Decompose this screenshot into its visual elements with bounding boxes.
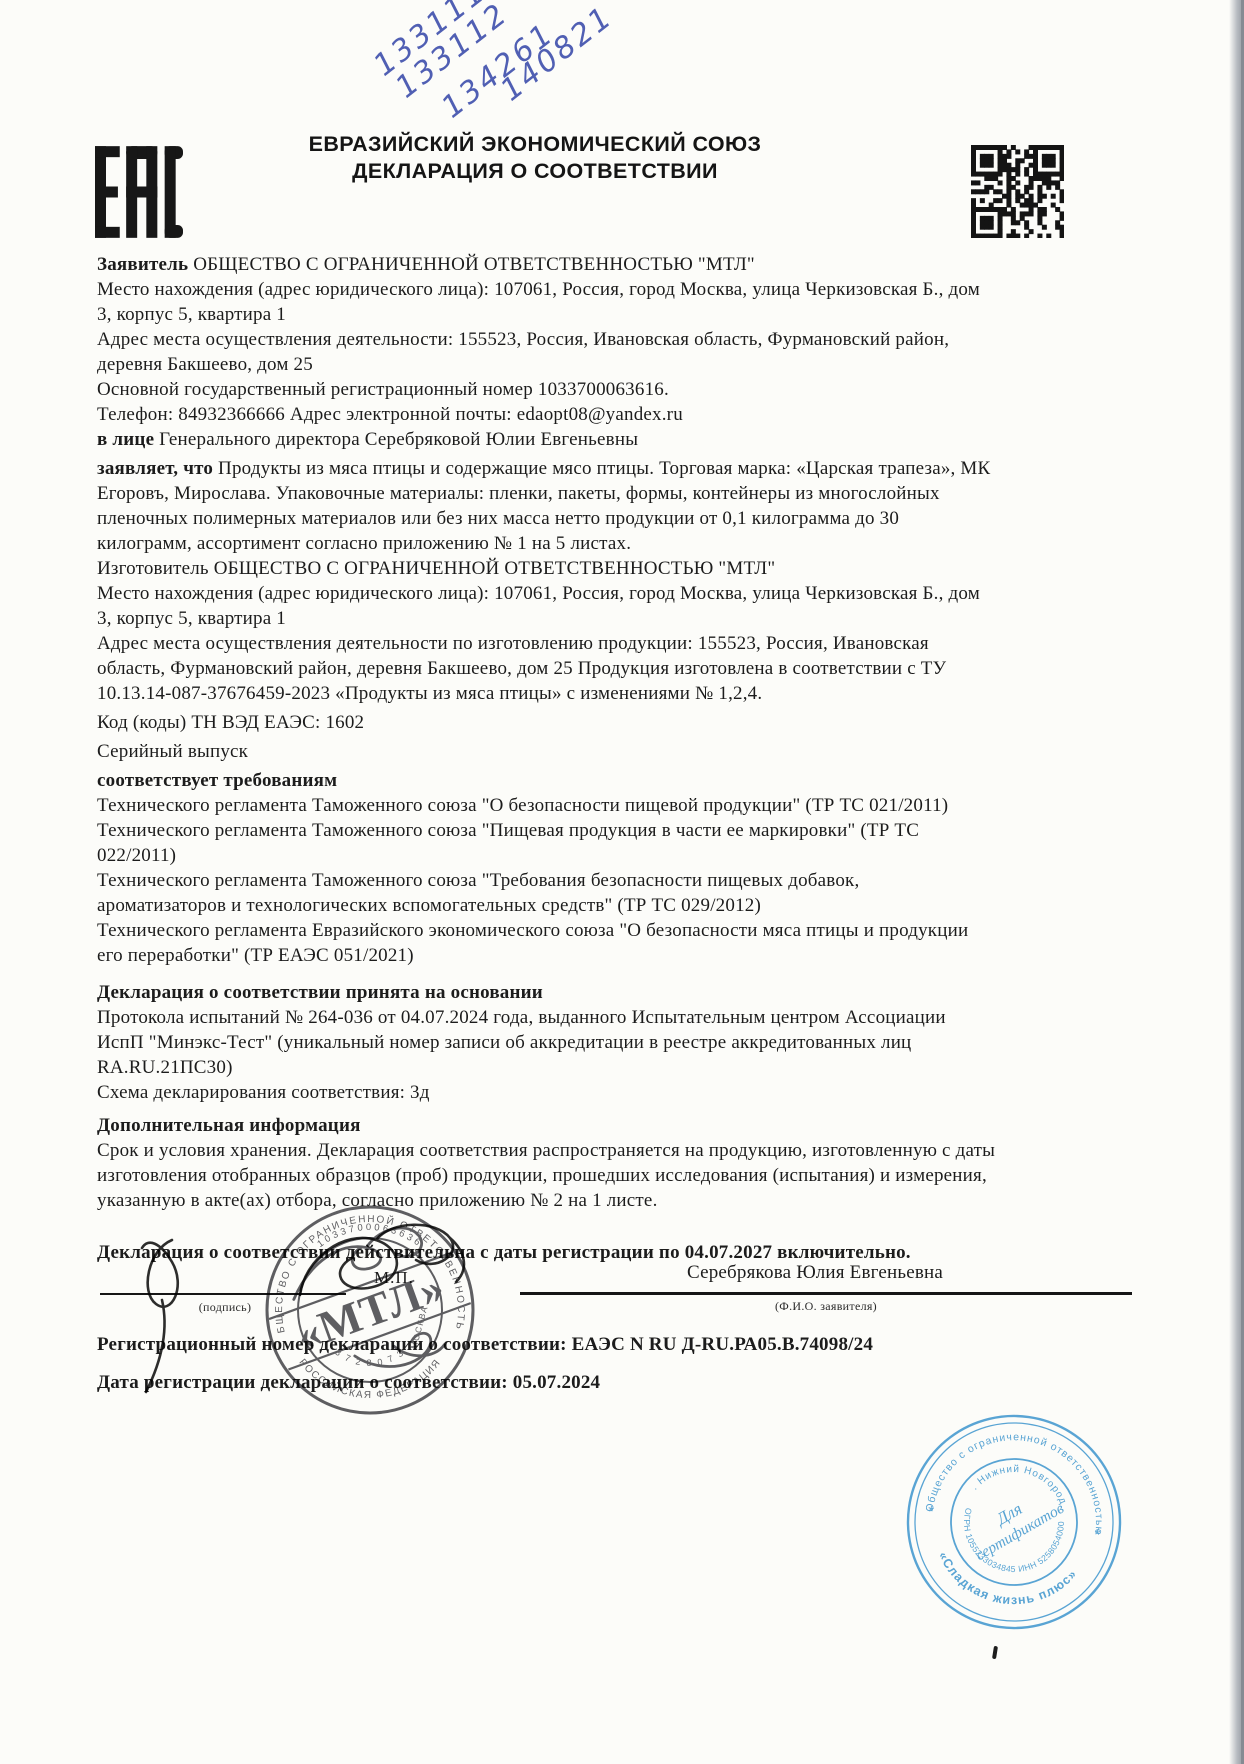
- body-line: деревня Бакшеево, дом 25: [97, 352, 1217, 377]
- body-line: Серийный выпуск: [97, 739, 1217, 764]
- applicant-name: Серебрякова Юлия Евгеньевна: [500, 1262, 1130, 1284]
- body-line: 10.13.14-087-37676459-2023 «Продукты из …: [97, 681, 1217, 706]
- body-line: Схема декларирования соответствия: 3д: [97, 1080, 1217, 1105]
- body-line: Технического регламента Таможенного союз…: [97, 818, 1217, 843]
- eac-logo-icon: [95, 146, 183, 238]
- body-line: заявляет, что Продукты из мяса птицы и с…: [97, 456, 1217, 481]
- body-line: область, Фурмановский район, деревня Бак…: [97, 656, 1217, 681]
- body-line: 3, корпус 5, квартира 1: [97, 606, 1217, 631]
- body-line: его переработки" (ТР ЕАЭС 051/2021): [97, 943, 1217, 968]
- fio-caption: (Ф.И.О. заявителя): [520, 1299, 1132, 1314]
- mtl-stamp: ОБЩЕСТВО С ОГРАНИЧЕННОЙ ОТВЕТСТВЕННОСТЬЮ…: [258, 1198, 482, 1422]
- qr-code: [971, 145, 1064, 238]
- svg-text:«Сладкая жизнь плюс»: «Сладкая жизнь плюс»: [930, 1548, 1081, 1617]
- blue-stamp: Общество с ограниченной ответственностью…: [902, 1410, 1126, 1634]
- body-line: в лице Генерального директора Серебряков…: [97, 427, 1217, 452]
- body-line: соответствует требованиям: [97, 768, 1217, 793]
- body-line: Код (коды) ТН ВЭД ЕАЭС: 1602: [97, 710, 1217, 735]
- body-line: пленочных полимерных материалов или без …: [97, 506, 1217, 531]
- title-line-declaration: ДЕКЛАРАЦИЯ О СООТВЕТСТВИИ: [260, 158, 810, 185]
- body-line: Технического регламента Таможенного союз…: [97, 793, 1217, 818]
- body-line: Егоровъ, Мирослава. Упаковочные материал…: [97, 481, 1217, 506]
- document-title: ЕВРАЗИЙСКИЙ ЭКОНОМИЧЕСКИЙ СОЮЗ ДЕКЛАРАЦИ…: [260, 131, 810, 185]
- body-line: 022/2011): [97, 843, 1217, 868]
- body-line: RA.RU.21ПС30): [97, 1055, 1217, 1080]
- body-line: килограмм, ассортимент согласно приложен…: [97, 531, 1217, 556]
- ink-mark: [992, 1646, 998, 1659]
- body-line: Основной государственный регистрационный…: [97, 377, 1217, 402]
- body-line: Технического регламента Таможенного союз…: [97, 868, 1217, 893]
- mtl-stamp-center-text: «МТЛ»: [290, 1261, 452, 1361]
- body-line: ароматизаторов и технологических вспомог…: [97, 893, 1217, 918]
- body-line: Место нахождения (адрес юридического лиц…: [97, 581, 1217, 606]
- body-line: Адрес места осуществления деятельности п…: [97, 631, 1217, 656]
- body-line: Протокола испытаний № 264-036 от 04.07.2…: [97, 1005, 1217, 1030]
- body-text: Заявитель ОБЩЕСТВО С ОГРАНИЧЕННОЙ ОТВЕТС…: [97, 252, 1217, 1265]
- body-line: Дополнительная информация: [97, 1113, 1217, 1138]
- body-line: Изготовитель ОБЩЕСТВО С ОГРАНИЧЕННОЙ ОТВ…: [97, 556, 1217, 581]
- body-line: Декларация о соответствии принята на осн…: [97, 980, 1217, 1005]
- body-line: Срок и условия хранения. Декларация соот…: [97, 1138, 1217, 1163]
- blue-stamp-outer-bottom: «Сладкая жизнь плюс»: [930, 1548, 1081, 1617]
- fio-line: [520, 1292, 1132, 1295]
- title-line-union: ЕВРАЗИЙСКИЙ ЭКОНОМИЧЕСКИЙ СОЮЗ: [260, 131, 810, 158]
- body-line: Телефон: 84932366666 Адрес электронной п…: [97, 402, 1217, 427]
- document-page: 133111 133112 134261 140821 ЕВРАЗИЙСКИЙ …: [0, 0, 1244, 1764]
- body-line: Заявитель ОБЩЕСТВО С ОГРАНИЧЕННОЙ ОТВЕТС…: [97, 252, 1217, 277]
- body-line: 3, корпус 5, квартира 1: [97, 302, 1217, 327]
- body-line: Технического регламента Евразийского эко…: [97, 918, 1217, 943]
- body-line: изготовления отобранных образцов (проб) …: [97, 1163, 1217, 1188]
- body-line: Место нахождения (адрес юридического лиц…: [97, 277, 1217, 302]
- body-line: Адрес места осуществления деятельности: …: [97, 327, 1217, 352]
- body-line: ИспП "Минэкс-Тест" (уникальный номер зап…: [97, 1030, 1217, 1055]
